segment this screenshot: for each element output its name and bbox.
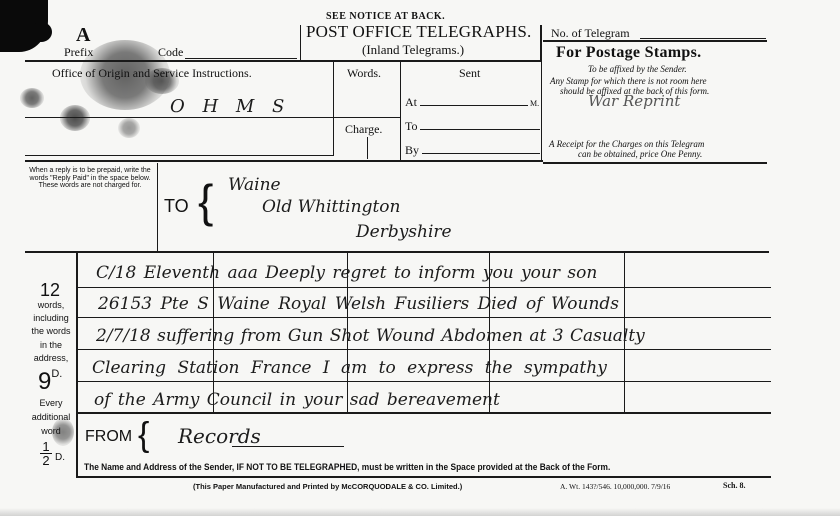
sent-at-label: At (405, 95, 417, 110)
form-title: POST OFFICE TELEGRAPHS. (306, 22, 532, 42)
words-charge-rule (333, 117, 400, 118)
message-rule-2 (78, 317, 771, 318)
rate-fraction-num: 1 (40, 440, 52, 454)
bottom-edge-shadow (0, 508, 840, 516)
message-rule-3 (78, 349, 771, 350)
office-rule-1 (25, 117, 333, 118)
message-left-border (76, 252, 78, 478)
message-rule-4 (78, 381, 771, 382)
message-rule-5 (78, 412, 771, 414)
sent-by-label: By (405, 143, 419, 158)
telegram-no-field[interactable] (640, 38, 766, 39)
sent-by-field[interactable] (422, 153, 540, 154)
message-line-3: 2/7/18 suffering from Gun Shot Wound Abd… (96, 326, 645, 346)
rate-words-text-0: words, (28, 300, 74, 310)
sent-col-right (541, 25, 542, 162)
rate-words-text-3: in the (28, 340, 74, 350)
rate-words-text-1: including (28, 313, 74, 323)
address-line-2: Old Whittington (262, 197, 400, 217)
receipt-line-1: A Receipt for the Charges on this Telegr… (549, 139, 704, 149)
print-code: A. Wt. 143?/546. 10,000,000. 7/9/16 (560, 482, 670, 491)
rate-price-value: 9 (38, 368, 51, 395)
from-underline (232, 446, 344, 447)
prefix-code-underline (185, 58, 297, 59)
corner-damage-notch (30, 22, 52, 42)
rate-additional-0: Every (28, 398, 74, 408)
sent-at-field[interactable] (420, 105, 528, 106)
telegram-no-label: No. of Telegram (551, 26, 630, 41)
sender-note: The Name and Address of the Sender, IF N… (84, 462, 610, 473)
from-brace: { (138, 418, 149, 452)
from-value: Records (178, 424, 261, 448)
sent-to-field[interactable] (420, 129, 540, 130)
from-label: FROM (85, 428, 132, 446)
form-subtitle: (Inland Telegrams.) (362, 42, 464, 58)
form-letter: A (76, 24, 90, 47)
title-border-left (300, 25, 301, 60)
header-rule (25, 60, 300, 62)
charge-divider (367, 137, 368, 159)
to-address-label: TO (164, 196, 189, 217)
to-section-divider (157, 163, 158, 251)
stamps-title: For Postage Stamps. (556, 44, 701, 62)
rate-additional-unit: D. (55, 452, 65, 463)
words-label: Words. (347, 66, 381, 81)
sent-at-suffix: M. (530, 99, 539, 108)
sender-note-rule (76, 476, 771, 478)
office-rule-2 (25, 155, 333, 156)
rate-words-text-4: address, (28, 353, 74, 363)
receipt-line-2: can be obtained, price One Penny. (578, 149, 702, 159)
rate-additional-1: additional (26, 412, 76, 422)
message-line-1: C/18 Eleventh aaa Deeply regret to infor… (96, 263, 597, 283)
rate-additional-2: word (28, 426, 74, 436)
stamps-top-rule (543, 40, 767, 42)
reply-paid-note: When a reply is to be prepaid, write the… (26, 167, 154, 190)
message-line-2: 26153 Pte S Waine Royal Welsh Fusiliers … (98, 294, 619, 314)
stamps-line-1: To be affixed by the Sender. (588, 64, 687, 74)
address-line-3: Derbyshire (356, 222, 452, 242)
sent-label: Sent (459, 66, 480, 81)
ink-stain (60, 105, 90, 131)
address-line-1: Waine (228, 175, 281, 195)
message-line-5: of the Army Council in your sad bereavem… (94, 390, 500, 410)
prefix-label: Prefix (64, 45, 93, 60)
sent-to-label: To (405, 119, 418, 134)
stamp-handwriting: War Reprint (588, 92, 680, 110)
schedule-code: Sch. 8. (723, 481, 745, 490)
stamps-bottom-rule (543, 162, 767, 164)
office-origin-value: O H M S (170, 96, 290, 117)
rate-additional-price: 1 2 (40, 440, 52, 467)
message-rule-1 (78, 287, 771, 288)
rate-price-unit: D. (51, 368, 62, 380)
rate-fraction-den: 2 (40, 454, 52, 467)
header-bottom-rule (25, 160, 543, 162)
ink-stain (118, 118, 140, 138)
code-label: Code (158, 45, 183, 60)
words-col-left (333, 60, 334, 156)
office-origin-label: Office of Origin and Service Instruction… (52, 66, 252, 81)
to-brace: { (198, 178, 213, 224)
message-line-4: Clearing Station France I am to express … (92, 358, 607, 378)
ink-stain (20, 88, 44, 108)
stamps-line-2: Any Stamp for which there is not room he… (550, 76, 706, 86)
rate-word-count: 12 (40, 280, 60, 301)
charge-label: Charge. (345, 122, 382, 137)
rate-words-text-2: the words (26, 326, 76, 336)
to-section-bottom-rule (25, 251, 769, 253)
see-notice: SEE NOTICE AT BACK. (326, 11, 445, 22)
printer-note: (This Paper Manufactured and Printed by … (193, 482, 462, 491)
title-rule (300, 60, 542, 62)
words-col-right (400, 60, 401, 160)
rate-price: 9D. (38, 368, 62, 396)
